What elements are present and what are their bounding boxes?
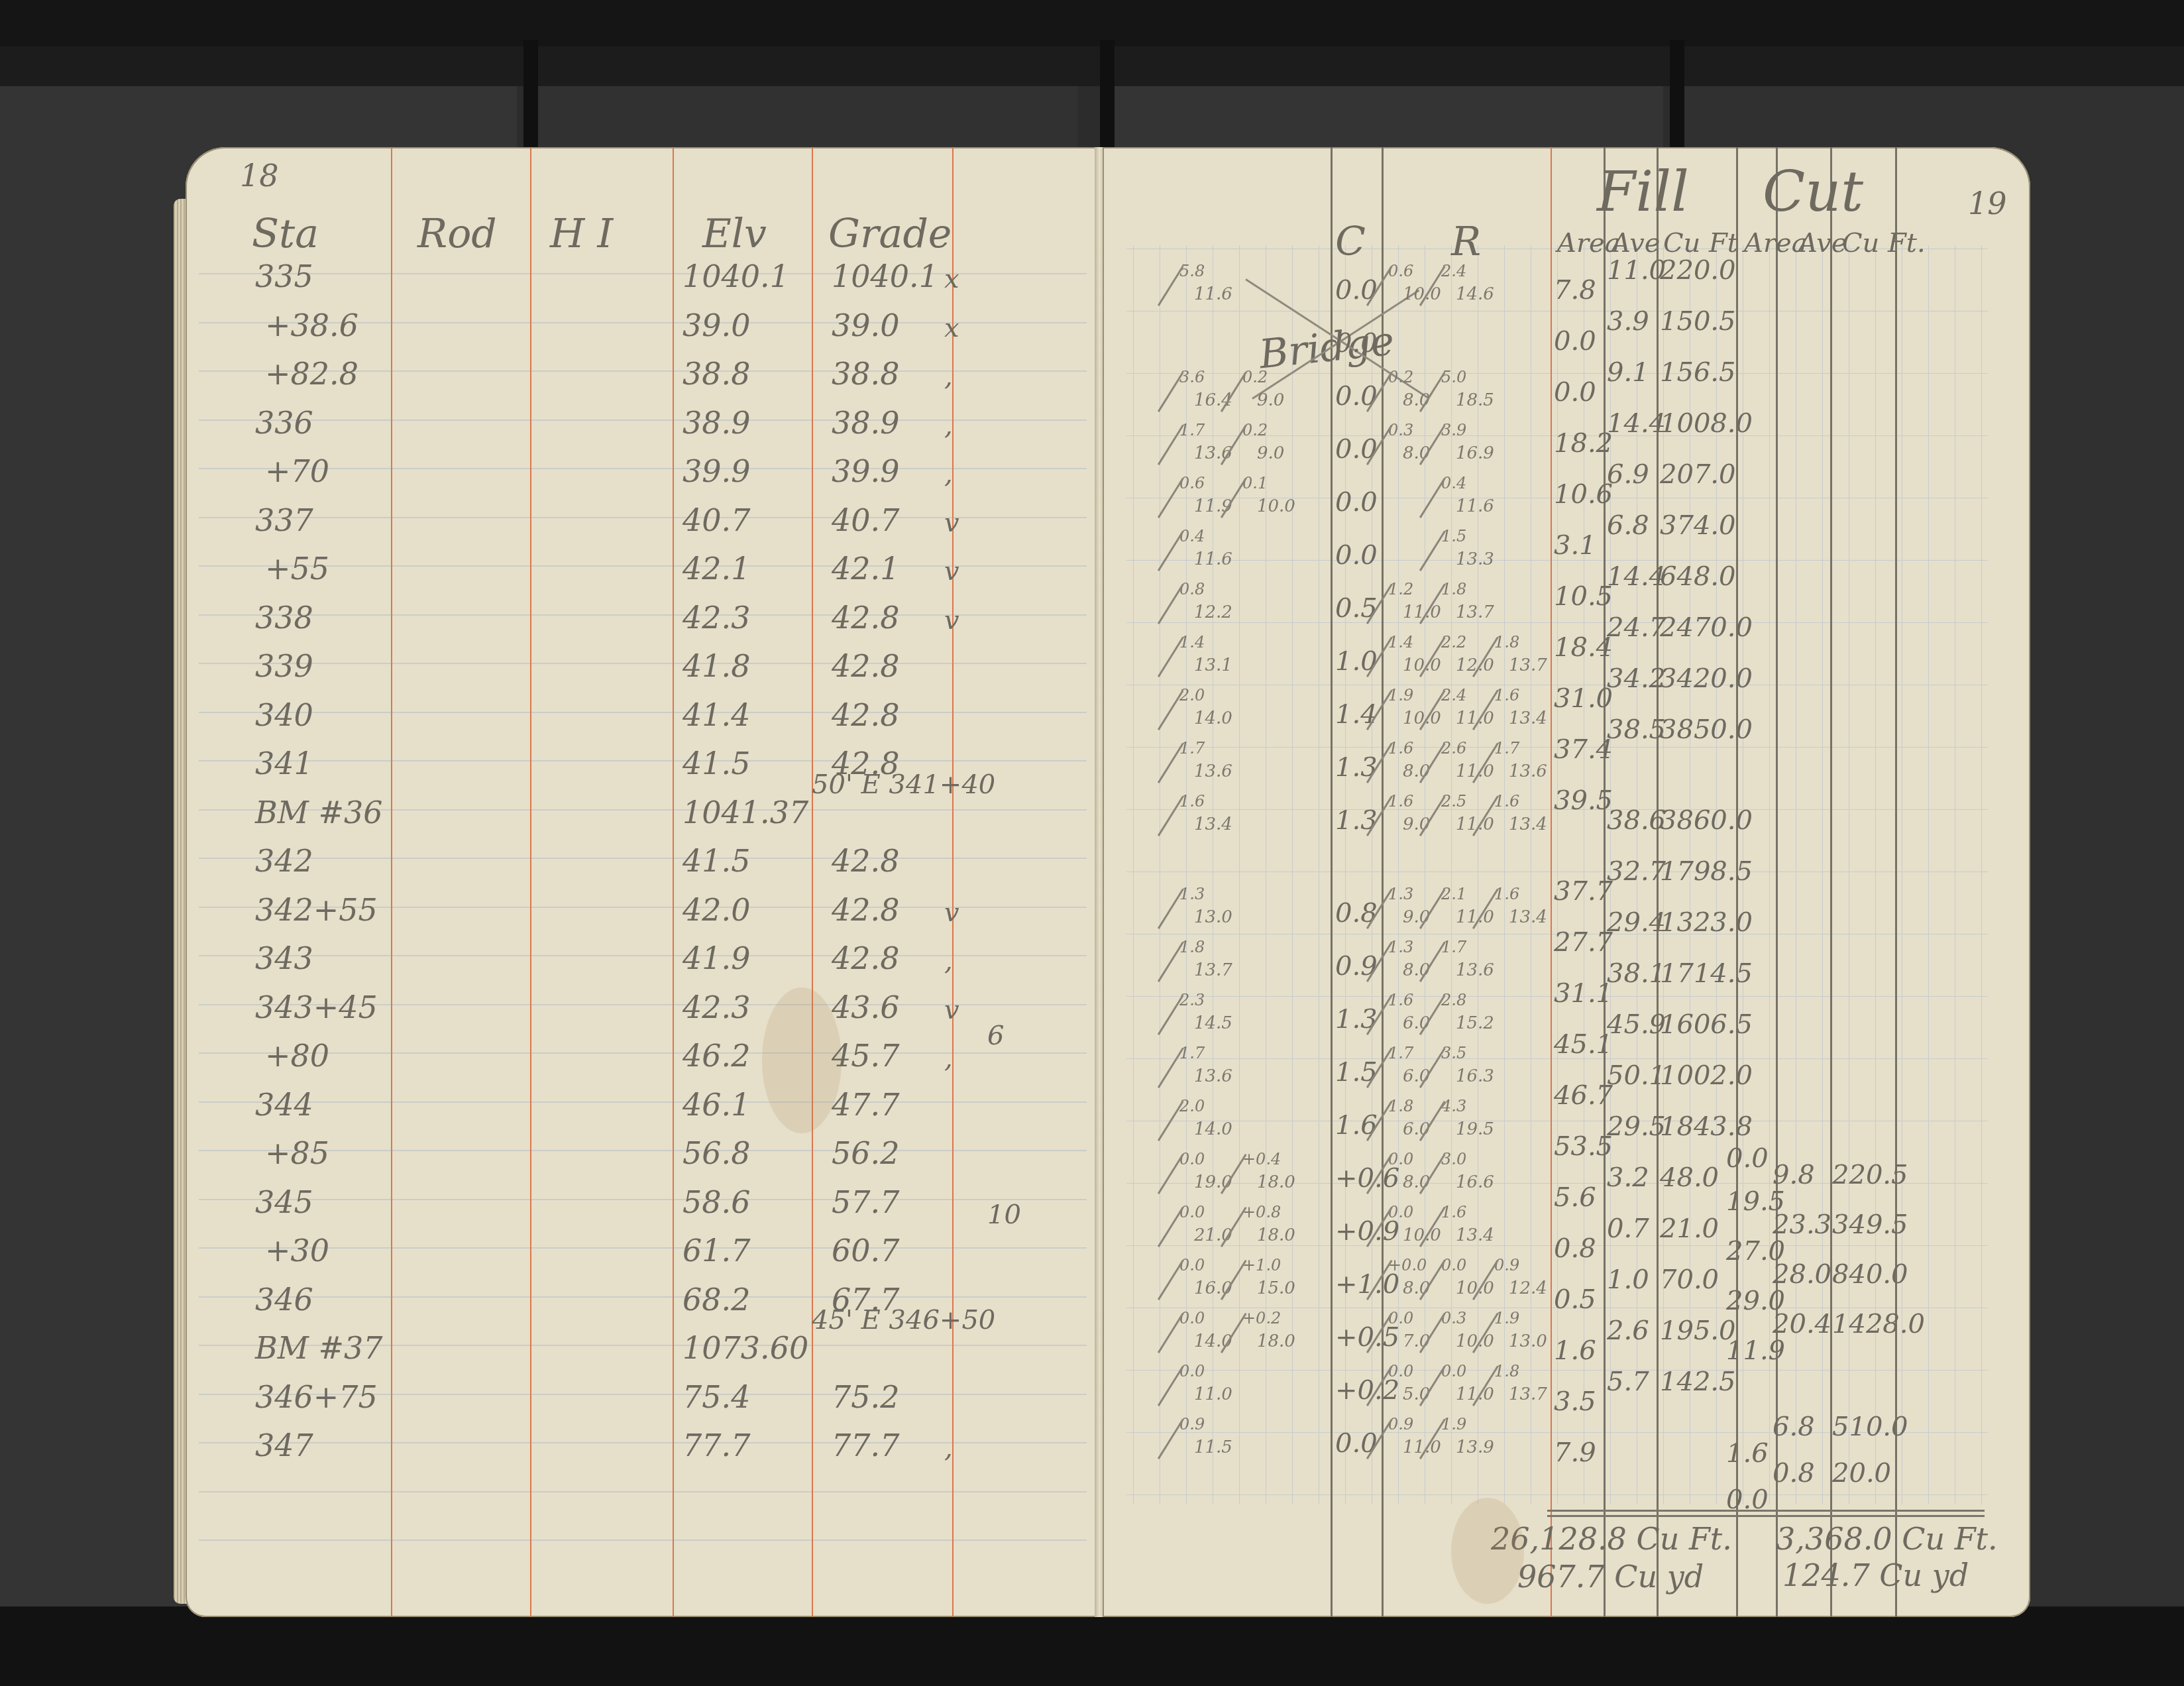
station-cell: 343	[255, 940, 313, 976]
cut-average-cell: 20.4	[1773, 1309, 1831, 1339]
fill-area-cell: 5.6	[1554, 1182, 1596, 1213]
paper-stain	[762, 987, 842, 1133]
header-cut-cuft: Cu Ft.	[1842, 228, 1926, 258]
cut-fill-value: 1.7	[1179, 421, 1205, 439]
grade-cell: 39.0	[832, 308, 899, 343]
fill-cubic-feet-cell: 21.0	[1660, 1213, 1719, 1244]
elevation-cell: 42.0	[682, 892, 750, 928]
grade-cell: 42.8	[832, 648, 899, 684]
fill-area-cell: 27.7	[1554, 927, 1613, 958]
fill-average-cell: 9.1	[1607, 357, 1649, 388]
fill-cubic-feet-cell: 156.5	[1660, 357, 1736, 388]
offset-distance: 9.0	[1257, 390, 1284, 410]
fill-cubic-feet-cell: 150.5	[1660, 306, 1736, 337]
station-cell: +30	[265, 1233, 329, 1268]
header-grade: Grade	[828, 211, 952, 257]
offset-distance: 13.3	[1456, 549, 1494, 569]
fill-area-cell: 3.5	[1554, 1386, 1596, 1417]
check-mark: ,	[944, 946, 953, 976]
cut-fill-value: 2.6	[1441, 739, 1466, 758]
elevation-cell: 38.9	[682, 405, 750, 441]
pencil-column-rule	[1895, 147, 1897, 1617]
cut-fill-value: 1.7	[1388, 1044, 1413, 1062]
ruled-line	[199, 712, 1087, 713]
fill-average-cell: 3.2	[1607, 1162, 1649, 1193]
cut-fill-value: 0.0	[1388, 1362, 1413, 1380]
cut-average-cell: 23.3	[1773, 1209, 1831, 1240]
fill-cubic-feet-cell: 1606.5	[1660, 1009, 1753, 1040]
grid-line	[1126, 1370, 1988, 1371]
check-mark: ,	[944, 1433, 953, 1463]
cut-fill-value: 1.3	[1388, 938, 1413, 956]
elevation-cell: 56.8	[682, 1135, 750, 1171]
photo-background-band	[0, 46, 2184, 86]
cut-fill-value: 1.6	[1179, 792, 1205, 811]
offset-distance: 12.4	[1509, 1278, 1547, 1298]
cut-fill-value: 2.4	[1441, 686, 1466, 704]
station-cell: +38.6	[265, 308, 358, 343]
red-column-rule	[391, 147, 392, 1617]
elevation-cell: 41.5	[682, 746, 750, 781]
ruled-line	[199, 1150, 1087, 1151]
station-cell: 342	[255, 843, 313, 879]
grid-line	[1126, 622, 1988, 623]
grade-cell: 42.8	[832, 843, 899, 879]
station-cell: 343+45	[255, 989, 378, 1025]
photo-background-divider	[523, 40, 538, 152]
elevation-cell: 58.6	[682, 1184, 750, 1220]
grid-line	[1478, 245, 1478, 1504]
cut-fill-value: 2.2	[1441, 633, 1466, 651]
cut-fill-value: 0.6	[1179, 474, 1205, 492]
cut-fill-value: 0.0	[1441, 1362, 1466, 1380]
elevation-cell: 61.7	[682, 1233, 750, 1268]
header-fill-ave: Ave	[1611, 228, 1661, 258]
fill-area-cell: 45.1	[1554, 1029, 1613, 1060]
fill-average-cell: 6.9	[1607, 459, 1649, 490]
fill-cubic-feet-cell: 1798.5	[1660, 856, 1753, 887]
cut-fill-value: 0.2	[1388, 368, 1413, 386]
cut-fill-value: 1.8	[1179, 938, 1205, 956]
fill-area-cell: 10.6	[1554, 479, 1613, 510]
fill-area-cell: 46.7	[1554, 1080, 1613, 1111]
offset-distance: 18.0	[1257, 1172, 1295, 1192]
header-right: R	[1451, 219, 1481, 265]
offset-distance: 15.0	[1257, 1278, 1295, 1298]
station-cell: 342+55	[255, 892, 378, 928]
fill-average-cell: 50.1	[1607, 1060, 1666, 1091]
offset-distance: 13.7	[1456, 602, 1494, 622]
fill-area-cell: 37.4	[1554, 734, 1613, 765]
cut-fill-value: 5.0	[1441, 368, 1466, 386]
grid-line	[1981, 245, 1982, 1504]
station-cell: 340	[255, 697, 313, 733]
station-cell: 335	[255, 258, 313, 294]
fill-average-cell: 38.5	[1607, 714, 1666, 745]
fill-area-cell: 31.0	[1554, 683, 1613, 714]
cut-fill-value: 1.4	[1388, 633, 1413, 651]
check-mark: ,	[944, 410, 953, 441]
fill-cubic-feet-cell: 1008.0	[1660, 408, 1753, 439]
cut-area-cell: 0.0	[1726, 1485, 1769, 1515]
cut-cubic-feet-cell: 20.0	[1832, 1458, 1891, 1489]
cut-average-cell: 9.8	[1773, 1160, 1815, 1190]
fill-average-cell: 1.0	[1607, 1264, 1649, 1295]
offset-distance: 9.0	[1257, 443, 1284, 463]
check-mark: x	[944, 264, 959, 294]
check-mark: ,	[944, 459, 953, 489]
header-cut-ave: Ave	[1798, 228, 1847, 258]
ruled-line	[199, 1491, 1087, 1492]
cut-fill-value: +0.8	[1242, 1203, 1281, 1221]
red-column-rule	[530, 147, 531, 1617]
cut-fill-value: 0.0	[1179, 1309, 1205, 1327]
offset-distance: 14.0	[1194, 708, 1232, 728]
cut-fill-value: 2.5	[1441, 792, 1466, 811]
header-rod: Rod	[417, 211, 497, 257]
fill-area-cell: 1.6	[1554, 1335, 1596, 1366]
offset-distance: 13.4	[1509, 907, 1547, 927]
pencil-column-rule	[1776, 147, 1778, 1617]
station-cell: 346	[255, 1282, 313, 1318]
cut-fill-value: 0.3	[1441, 1309, 1466, 1327]
grid-line	[1292, 245, 1293, 1504]
ruled-line	[199, 1052, 1087, 1054]
cut-fill-value: 1.6	[1494, 686, 1519, 704]
offset-distance: 13.4	[1509, 815, 1547, 834]
fill-average-cell: 14.4	[1607, 408, 1666, 439]
grade-cell: 38.9	[832, 405, 899, 441]
fill-cubic-feet-cell: 48.0	[1660, 1162, 1719, 1193]
cut-fill-value: +1.0	[1242, 1256, 1281, 1274]
offset-distance: 13.0	[1194, 907, 1232, 927]
fill-area-cell: 7.8	[1554, 275, 1596, 306]
cut-fill-value: 2.1	[1441, 885, 1466, 903]
cut-area-cell: 0.0	[1726, 1143, 1769, 1174]
fill-average-cell: 3.9	[1607, 306, 1649, 337]
cut-fill-value: 0.0	[1388, 1309, 1413, 1327]
offset-distance: 19.5	[1456, 1119, 1494, 1139]
fill-area-cell: 0.5	[1554, 1284, 1596, 1315]
offset-distance: 13.7	[1509, 1384, 1547, 1404]
fill-average-cell: 24.7	[1607, 612, 1666, 643]
cut-fill-value: 2.0	[1179, 686, 1205, 704]
station-cell: +80	[265, 1038, 329, 1074]
photo-background-bottom	[0, 1606, 2184, 1686]
elevation-cell: 41.5	[682, 843, 750, 879]
offset-distance: 14.5	[1194, 1013, 1232, 1033]
offset-distance: 11.0	[1194, 1384, 1232, 1404]
cut-fill-value: 1.7	[1179, 1044, 1205, 1062]
station-cell: 339	[255, 648, 313, 684]
elevation-cell: 41.8	[682, 648, 750, 684]
grade-cell: 42.8	[832, 892, 899, 928]
ruled-line	[199, 1101, 1087, 1103]
fill-area-cell: 7.9	[1554, 1437, 1596, 1468]
fill-cubic-feet-cell: 374.0	[1660, 510, 1736, 541]
cut-fill-value: 1.7	[1441, 938, 1466, 956]
station-cell: +85	[265, 1135, 329, 1171]
check-mark: ,	[944, 361, 953, 392]
cut-fill-value: 3.0	[1441, 1150, 1466, 1168]
grid-line	[1126, 1121, 1988, 1121]
station-cell: BM #37	[255, 1330, 383, 1366]
cut-section-label: Cut	[1763, 159, 1863, 224]
photo-background-divider	[1100, 40, 1115, 152]
cut-fill-value: 0.0	[1179, 1203, 1205, 1221]
offset-distance: 12.2	[1194, 602, 1232, 622]
cut-fill-value: 0.4	[1179, 527, 1205, 545]
grid-line	[1531, 245, 1531, 1504]
fill-area-cell: 18.4	[1554, 632, 1613, 663]
cut-fill-value: 1.6	[1441, 1203, 1466, 1221]
fill-cubic-feet-cell: 1002.0	[1660, 1060, 1753, 1091]
fill-area-cell: 0.8	[1554, 1233, 1596, 1264]
grid-line	[1425, 245, 1425, 1504]
cut-fill-value: 1.8	[1388, 1097, 1413, 1115]
paper-stain	[1451, 1498, 1524, 1604]
page-number-right: 19	[1968, 186, 2007, 221]
offset-distance: 13.6	[1456, 960, 1494, 980]
offset-distance: 13.4	[1194, 815, 1232, 834]
cut-total-cuft: 3,368.0 Cu Ft.	[1776, 1521, 1998, 1557]
fill-area-cell: 31.1	[1554, 978, 1613, 1009]
cut-area-cell: 11.9	[1726, 1335, 1785, 1366]
cut-fill-value: 1.4	[1179, 633, 1205, 651]
cut-cubic-feet-cell: 510.0	[1832, 1412, 1908, 1442]
grade-cell: 1040.1	[832, 258, 938, 294]
offset-distance: 11.6	[1456, 496, 1494, 516]
bench-mark-note: 50' E 341+40	[812, 769, 995, 800]
photo-background-top	[0, 0, 2184, 46]
station-cell: +55	[265, 551, 329, 587]
fill-average-cell: 0.7	[1607, 1213, 1649, 1244]
fill-cubic-feet-cell: 648.0	[1660, 561, 1736, 592]
station-cell: 346+75	[255, 1379, 378, 1415]
grid-line	[1955, 245, 1955, 1504]
fill-area-cell: 39.5	[1554, 785, 1613, 816]
grid-line	[1319, 245, 1319, 1504]
grid-line	[1126, 1494, 1988, 1495]
offset-distance: 13.7	[1194, 960, 1232, 980]
fill-section-label: Fill	[1597, 159, 1689, 224]
cut-fill-value: 0.9	[1388, 1415, 1413, 1433]
cut-fill-value: 2.0	[1179, 1097, 1205, 1115]
ruled-line	[199, 1442, 1087, 1443]
cut-fill-value: 2.3	[1179, 991, 1205, 1009]
offset-distance: 16.3	[1456, 1066, 1494, 1086]
cut-fill-value: 1.3	[1179, 885, 1205, 903]
cut-fill-value: 1.2	[1388, 580, 1413, 598]
fill-cubic-feet-cell: 207.0	[1660, 459, 1736, 490]
pencil-column-rule	[1830, 147, 1832, 1617]
check-mark: v	[944, 605, 959, 636]
center-cut-value: 0.0	[1335, 328, 1378, 359]
cut-cubic-feet-cell: 349.5	[1832, 1209, 1908, 1240]
fill-total-cuft: 26,128.8 Cu Ft.	[1491, 1521, 1732, 1557]
page-number-left: 18	[240, 158, 279, 194]
cut-area-cell: 1.6	[1726, 1438, 1769, 1469]
header-station: Sta	[252, 211, 319, 257]
cut-fill-value: 1.9	[1494, 1309, 1519, 1327]
check-mark: v	[944, 508, 959, 538]
fill-area-cell: 0.0	[1554, 326, 1596, 357]
check-mark: x	[944, 313, 959, 343]
cut-fill-value: 0.9	[1179, 1415, 1205, 1433]
fill-cubic-feet-cell: 195.0	[1660, 1316, 1736, 1346]
grade-cell: 56.2	[832, 1135, 899, 1171]
fill-average-cell: 45.9	[1607, 1009, 1666, 1040]
offset-distance: 16.9	[1456, 443, 1494, 463]
grade-cell: 60.7	[832, 1233, 899, 1268]
offset-distance: 10.0	[1257, 496, 1295, 516]
elevation-cell: 68.2	[682, 1282, 750, 1318]
offset-distance: 18.0	[1257, 1331, 1295, 1351]
fill-average-cell: 29.4	[1607, 907, 1666, 938]
fill-average-cell: 5.7	[1607, 1367, 1649, 1397]
totals-rule	[1547, 1515, 1985, 1517]
red-column-rule	[1551, 147, 1552, 1617]
cut-fill-value: 1.8	[1494, 1362, 1519, 1380]
cut-fill-value: 1.9	[1441, 1415, 1466, 1433]
ruled-line	[199, 420, 1087, 421]
fill-area-cell: 37.7	[1554, 876, 1613, 907]
cut-fill-value: 0.6	[1388, 262, 1413, 280]
cut-fill-value: 0.4	[1441, 474, 1466, 492]
grid-line	[1126, 311, 1988, 311]
elevation-cell: 41.4	[682, 697, 750, 733]
offset-distance: 16.6	[1456, 1172, 1494, 1192]
cut-average-cell: 6.8	[1773, 1412, 1815, 1442]
station-cell: +82.8	[265, 356, 358, 392]
elevation-cell: 75.4	[682, 1379, 750, 1415]
station-cell: 337	[255, 502, 313, 538]
fill-area-cell: 53.5	[1554, 1131, 1613, 1162]
cut-cubic-feet-cell: 1428.0	[1832, 1309, 1925, 1339]
elevation-cell: 39.9	[682, 453, 750, 489]
header-hi: H I	[550, 211, 613, 257]
offset-distance: 13.6	[1194, 761, 1232, 781]
cut-fill-value: 0.0	[1388, 1150, 1413, 1168]
cut-fill-value: +0.2	[1242, 1309, 1281, 1327]
offset-distance: 14.0	[1194, 1119, 1232, 1139]
grade-cell: 43.6	[832, 989, 899, 1025]
cut-fill-value: 5.8	[1179, 262, 1205, 280]
cut-fill-value: 1.7	[1494, 739, 1519, 758]
fill-average-cell: 32.7	[1607, 856, 1666, 887]
grid-line	[1160, 245, 1160, 1504]
offset-distance: 11.6	[1194, 284, 1232, 304]
cut-fill-value: 1.8	[1441, 580, 1466, 598]
bench-mark-note: 45' E 346+50	[812, 1305, 995, 1335]
cut-fill-value: 1.8	[1494, 633, 1519, 651]
fill-total-cuyd: 967.7 Cu yd	[1517, 1559, 1704, 1595]
cut-fill-value: +0.4	[1242, 1150, 1281, 1168]
offset-distance: 13.4	[1456, 1225, 1494, 1245]
offset-distance: 18.0	[1257, 1225, 1295, 1245]
grid-line	[1213, 245, 1213, 1504]
fill-cubic-feet-cell: 1714.5	[1660, 958, 1753, 989]
station-cell: 336	[255, 405, 313, 441]
ruled-line	[199, 468, 1087, 469]
grade-cell: 45.7	[832, 1038, 899, 1074]
cut-fill-value: 3.9	[1441, 421, 1466, 439]
grade-cell: 42.8	[832, 697, 899, 733]
cut-fill-value: 0.2	[1242, 368, 1268, 386]
offset-distance: 11.5	[1194, 1437, 1232, 1457]
cut-average-cell: 28.0	[1773, 1259, 1831, 1290]
station-cell: 345	[255, 1184, 313, 1220]
ruled-line	[199, 1247, 1087, 1249]
offset-distance: 11.6	[1194, 549, 1232, 569]
cut-fill-value: 1.6	[1494, 885, 1519, 903]
cut-fill-value: 1.6	[1494, 792, 1519, 811]
fill-average-cell: 2.6	[1607, 1316, 1649, 1346]
offset-distance: 14.6	[1456, 284, 1494, 304]
station-cell: 341	[255, 746, 313, 781]
elevation-cell: 1040.1	[682, 258, 789, 294]
center-cut-value: 0.0	[1335, 487, 1378, 518]
elevation-cell: 38.8	[682, 356, 750, 392]
fill-area-cell: 10.5	[1554, 581, 1613, 612]
grade-cell: 47.7	[832, 1087, 899, 1123]
elevation-cell: 46.1	[682, 1087, 750, 1123]
red-column-rule	[673, 147, 674, 1617]
elevation-cell: 1041.37	[682, 795, 808, 830]
cut-fill-value: +0.0	[1388, 1256, 1427, 1274]
cut-cubic-feet-cell: 840.0	[1832, 1259, 1908, 1290]
grade-cell: 39.9	[832, 453, 899, 489]
station-cell: 344	[255, 1087, 313, 1123]
check-mark: ,	[944, 1043, 953, 1074]
grade-cell: 42.8	[832, 940, 899, 976]
ruled-line	[199, 1199, 1087, 1200]
fill-cubic-feet-cell: 142.5	[1660, 1367, 1736, 1397]
fill-cubic-feet-cell: 3850.0	[1660, 714, 1753, 745]
station-cell: 338	[255, 600, 313, 636]
offset-distance: 13.6	[1509, 761, 1547, 781]
fill-average-cell: 34.2	[1607, 663, 1666, 694]
cut-fill-value: 1.9	[1388, 686, 1413, 704]
station-cell: 347	[255, 1428, 313, 1463]
grade-cell: 40.7	[832, 502, 899, 538]
cut-fill-value: 4.3	[1441, 1097, 1466, 1115]
offset-distance: 13.0	[1509, 1331, 1547, 1351]
cut-fill-value: 1.7	[1179, 739, 1205, 758]
offset-distance: 13.6	[1194, 1066, 1232, 1086]
grade-cell: 42.8	[832, 600, 899, 636]
cut-fill-value: 1.3	[1388, 885, 1413, 903]
fill-average-cell: 6.8	[1607, 510, 1649, 541]
cut-fill-value: 0.9	[1494, 1256, 1519, 1274]
cut-fill-value: 2.4	[1441, 262, 1466, 280]
offset-distance: 13.4	[1509, 708, 1547, 728]
check-mark: v	[944, 897, 959, 928]
station-cell: +70	[265, 453, 329, 489]
cut-fill-value: 0.1	[1242, 474, 1268, 492]
fill-average-cell: 11.0	[1607, 255, 1666, 286]
header-center: C	[1335, 219, 1366, 265]
photo-background-divider	[1670, 40, 1684, 152]
cut-fill-value: 0.0	[1441, 1256, 1466, 1274]
check-mark: v	[944, 556, 959, 587]
red-column-rule	[812, 147, 813, 1617]
offset-distance: 15.2	[1456, 1013, 1494, 1033]
offset-distance: 18.5	[1456, 390, 1494, 410]
fill-area-cell: 3.1	[1554, 530, 1596, 561]
cut-fill-value: 0.0	[1388, 1203, 1413, 1221]
cut-fill-value: 1.6	[1388, 739, 1413, 758]
